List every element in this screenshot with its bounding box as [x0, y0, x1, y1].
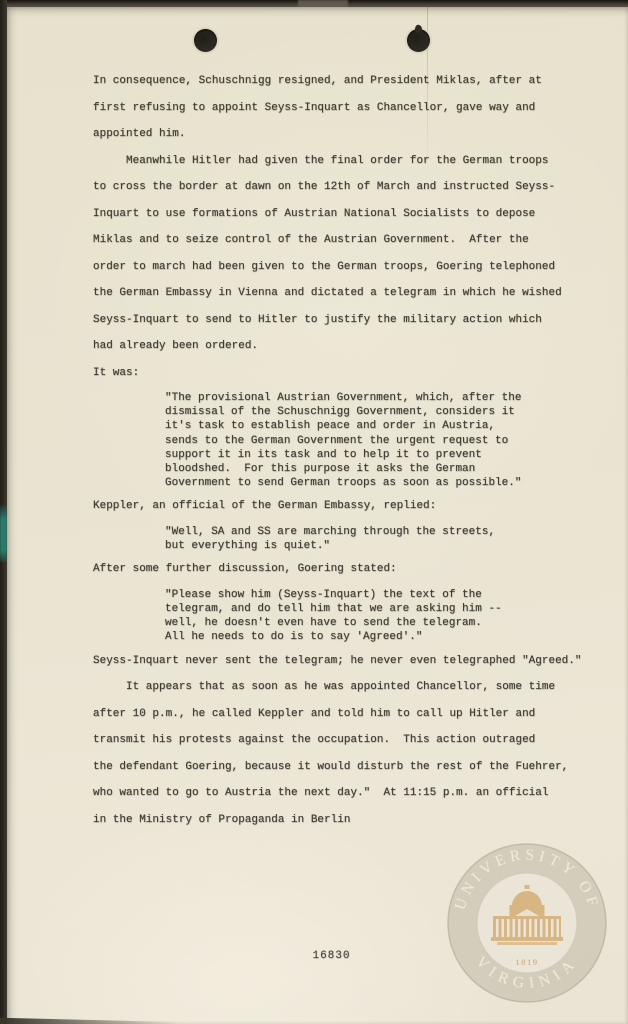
text-line: Keppler, an official of the German Embas… — [93, 493, 598, 520]
text-line: "Please show him (Seyss-Inquart) the tex… — [165, 588, 598, 602]
text-line: it's task to establish peace and order i… — [165, 419, 598, 433]
paragraph: Keppler, an official of the German Embas… — [93, 493, 598, 520]
text-line: support it in its task and to help it to… — [165, 448, 598, 462]
text-line: appointed him. — [93, 121, 598, 148]
paragraph: It appears that as soon as he was appoin… — [93, 674, 598, 833]
text-line: After some further discussion, Goering s… — [93, 556, 598, 583]
paragraph: Meanwhile Hitler had given the final ord… — [93, 148, 598, 387]
text-line: "Well, SA and SS are marching through th… — [165, 525, 598, 539]
text-line: It was: — [93, 360, 598, 387]
text-line: telegram, and do tell him that we are as… — [165, 602, 598, 616]
text-line: after 10 p.m., he called Keppler and tol… — [93, 701, 598, 728]
quoted-passage: "Please show him (Seyss-Inquart) the tex… — [165, 588, 598, 645]
paragraph: In consequence, Schuschnigg resigned, an… — [93, 68, 598, 148]
punch-hole-left — [194, 29, 217, 52]
punch-hole-right — [407, 29, 430, 52]
scanned-document-page: In consequence, Schuschnigg resigned, an… — [0, 0, 628, 1024]
text-line: had already been ordered. — [93, 333, 598, 360]
text-line: to cross the border at dawn on the 12th … — [93, 174, 598, 201]
text-line: All he needs to do is to say 'Agreed'." — [165, 630, 598, 644]
seal-year: 1819 — [516, 957, 539, 967]
text-line: "The provisional Austrian Government, wh… — [165, 391, 598, 405]
text-line: who wanted to go to Austria the next day… — [93, 780, 598, 807]
text-line: bloodshed. For this purpose it asks the … — [165, 462, 598, 476]
text-line: In consequence, Schuschnigg resigned, an… — [93, 68, 598, 95]
text-line: Miklas and to seize control of the Austr… — [93, 227, 598, 254]
typewritten-text: In consequence, Schuschnigg resigned, an… — [93, 68, 598, 833]
text-line: transmit his protests against the occupa… — [93, 727, 598, 754]
paragraph: After some further discussion, Goering s… — [93, 556, 598, 583]
text-line: the German Embassy in Vienna and dictate… — [93, 280, 598, 307]
quoted-passage: "The provisional Austrian Government, wh… — [165, 391, 598, 490]
text-line: Government to send German troops as soon… — [165, 476, 598, 490]
paragraph: Seyss-Inquart never sent the telegram; h… — [93, 648, 598, 675]
text-line: Inquart to use formations of Austrian Na… — [93, 201, 598, 228]
teal-edge-mark — [0, 505, 7, 562]
paper-sheet: In consequence, Schuschnigg resigned, an… — [7, 7, 628, 1024]
scanner-background-top-highlight — [298, 0, 348, 7]
text-line: order to march had been given to the Ger… — [93, 254, 598, 281]
text-line: the defendant Goering, because it would … — [93, 754, 598, 781]
text-line: in the Ministry of Propaganda in Berlin — [93, 807, 598, 834]
text-line: sends to the German Government the urgen… — [165, 434, 598, 448]
university-of-virginia-seal: UNIVERSITY OF VIRGINIA 1819 — [437, 833, 617, 1013]
text-line: dismissal of the Schuschnigg Government,… — [165, 405, 598, 419]
text-line: but everything is quiet." — [165, 539, 598, 553]
text-line: It appears that as soon as he was appoin… — [93, 674, 598, 701]
text-line: Meanwhile Hitler had given the final ord… — [93, 148, 598, 175]
text-line: Seyss-Inquart never sent the telegram; h… — [93, 648, 598, 675]
text-line: first refusing to appoint Seyss-Inquart … — [93, 95, 598, 122]
text-line: well, he doesn't even have to send the t… — [165, 616, 598, 630]
text-line: Seyss-Inquart to send to Hitler to justi… — [93, 307, 598, 334]
quoted-passage: "Well, SA and SS are marching through th… — [165, 525, 598, 553]
